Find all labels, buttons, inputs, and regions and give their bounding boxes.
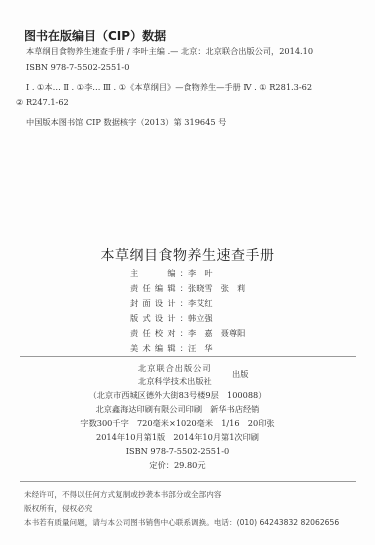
cip-title-line: 本草纲目食物养生速查手册 / 李叶主编 .— 北京：北京联合出版公司，2014.… (26, 46, 313, 57)
credit-editor: 主 编：李 叶 (130, 268, 213, 279)
book-title: 本草纲目食物养生速查手册 (0, 245, 375, 265)
cip-heading: 图书在版编目（CIP）数据 (24, 27, 166, 44)
price: 定价：29.80元 (0, 460, 365, 471)
notice-no-copy: 未经许可，不得以任何方式复制或抄袭本书部分或全部内容 (24, 489, 221, 500)
edition-info: 2014年10月第1版 2014年10月第1次印刷 (0, 432, 365, 443)
notice-rights-reserved: 版权所有，侵权必究 (24, 503, 92, 514)
isbn: ISBN 978-7-5502-2551-0 (0, 446, 365, 456)
credit-art-editor: 美术编辑：汪 华 (130, 343, 213, 354)
book-specs: 字数300千字 720毫米×1020毫米 1/16 20印张 (0, 418, 365, 429)
publisher-2: 北京科学技术出版社 (138, 376, 212, 387)
cip-isbn: ISBN 978-7-5502-2551-0 (26, 62, 129, 72)
credit-layout-design: 版式设计：韩立强 (130, 313, 213, 324)
cip-classification-2: ② R247.1-62 (16, 97, 69, 107)
divider-bottom (20, 481, 356, 482)
divider-top (20, 356, 356, 357)
publisher-1: 北京联合出版公司 (138, 363, 212, 374)
credit-responsible-editor: 责任编辑：张晓雪 张 莉 (130, 283, 245, 294)
printer-info: 北京鑫海达印刷有限公司印刷 新华书店经销 (0, 404, 365, 415)
notice-quality-contact: 本书若有质量问题，请与本公司图书销售中心联系调换。电话：(010) 642438… (24, 517, 339, 528)
cip-classification: Ⅰ . ①本… Ⅱ . ①李… Ⅲ . ①《本草纲目》—食物养生—手册 Ⅳ . … (26, 82, 312, 93)
publisher-address: （北京市西城区德外大街83号楼9层 100088） (0, 390, 365, 401)
credit-proofreader: 责任校对：李 嘉 聂尊阳 (130, 328, 245, 339)
cip-record-number: 中国版本图书馆 CIP 数据核字（2013）第 319645 号 (26, 117, 226, 128)
credit-cover-design: 封面设计：李艾红 (130, 298, 213, 309)
publish-label: 出版 (232, 369, 248, 380)
